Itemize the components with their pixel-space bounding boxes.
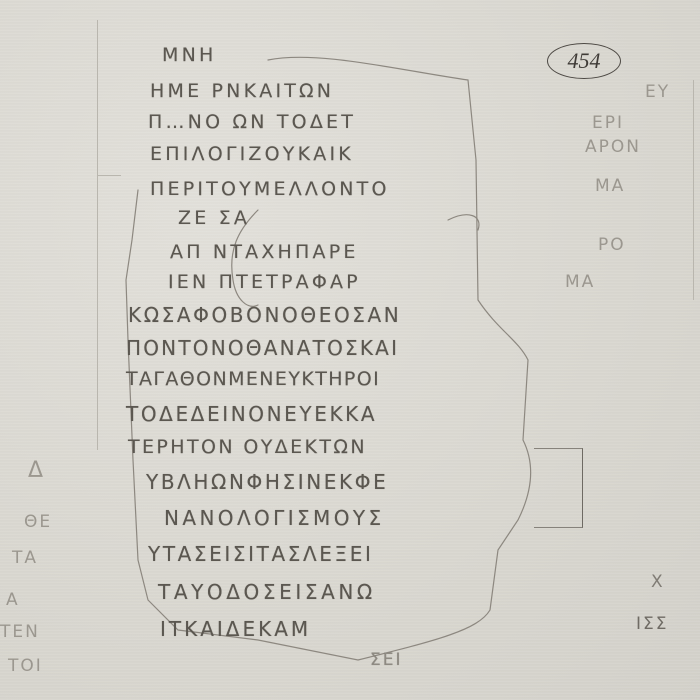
text-line: ΙΕΝ ΠΤΕΤΡΑΦΑΡ [168, 271, 361, 293]
right-margin-rule [693, 80, 694, 300]
side-text-line: ΤΑ [12, 548, 38, 568]
text-line: ΣΕΙ [370, 650, 403, 670]
side-text-line: ΜΑ [595, 176, 625, 196]
side-text-line: ΕΥ [645, 82, 670, 102]
side-text-line: Α [6, 590, 20, 610]
side-text-line: Χ [651, 572, 665, 592]
text-line: ΗΜΕ ΡΝΚΑΙΤΩΝ [150, 80, 334, 102]
side-text-line: ΕΡΙ [592, 113, 624, 133]
text-line: ΑΠ ΝΤΑΧΗΠΑΡΕ [170, 241, 359, 263]
side-text-line: ΡΟ [598, 235, 626, 255]
side-text-line: ΑΡΟΝ [585, 137, 641, 157]
bracket-mark [534, 448, 583, 528]
text-line: ΖΕ ΣΑ [178, 207, 250, 229]
text-line: Π…ΝΟ ΩΝ ΤΟΔΕΤ [148, 111, 356, 133]
side-text-line: ΤΟΙ [8, 656, 43, 676]
text-line: ΕΠΙΛΟΓΙΖΟΥΚΑΙΚ [150, 143, 354, 165]
text-line: ΤΑΓΑΘΟΝΜΕΝΕΥΚΤΗΡΟΙ [126, 368, 380, 390]
side-text-line: ΜΑ [565, 272, 595, 292]
text-line: ΜΝΗ [162, 44, 217, 66]
left-margin-tick [97, 175, 121, 176]
side-text-line: Δ [28, 458, 45, 483]
folio-number: 454 [547, 43, 621, 79]
side-text-line: ΤΕΝ [0, 622, 40, 642]
text-line: ΤΟΔΕΔΕΙΝΟΝΕΥΕΚΚΑ [126, 402, 377, 426]
text-line: ΥΤΑΣΕΙΣΙΤΑΣΛΕΞΕΙ [148, 542, 373, 566]
text-line: ΠΟΝΤΟΝΟΘΑΝΑΤΟΣΚΑΙ [126, 336, 399, 360]
text-line: ΚΩΣΑΦΟΒΟΝΟΘΕΟΣΑΝ [128, 303, 401, 327]
side-text-line: ΘΕ [24, 512, 52, 532]
text-line: ΠΕΡΙΤΟΥΜΕΛΛΟΝΤΟ [150, 178, 390, 200]
text-line: ΝΑΝΟΛΟΓΙΣΜΟΥΣ [164, 506, 385, 530]
text-line: ΙΤΚΑΙΔΕΚΑΜ [160, 617, 311, 641]
side-text-line: ΙΣΣ [636, 614, 669, 634]
text-line: ΤΑΥΟΔΟΣΕΙΣΑΝΩ [158, 580, 376, 604]
text-line: ΥΒΛΗΩΝΦΗΣΙΝΕΚΦΕ [146, 470, 388, 494]
folio-number-text: 454 [568, 48, 601, 74]
text-line: ΤΕΡΗΤΟΝ ΟΥΔΕΚΤΩΝ [128, 436, 367, 458]
left-margin-rule [97, 20, 98, 450]
